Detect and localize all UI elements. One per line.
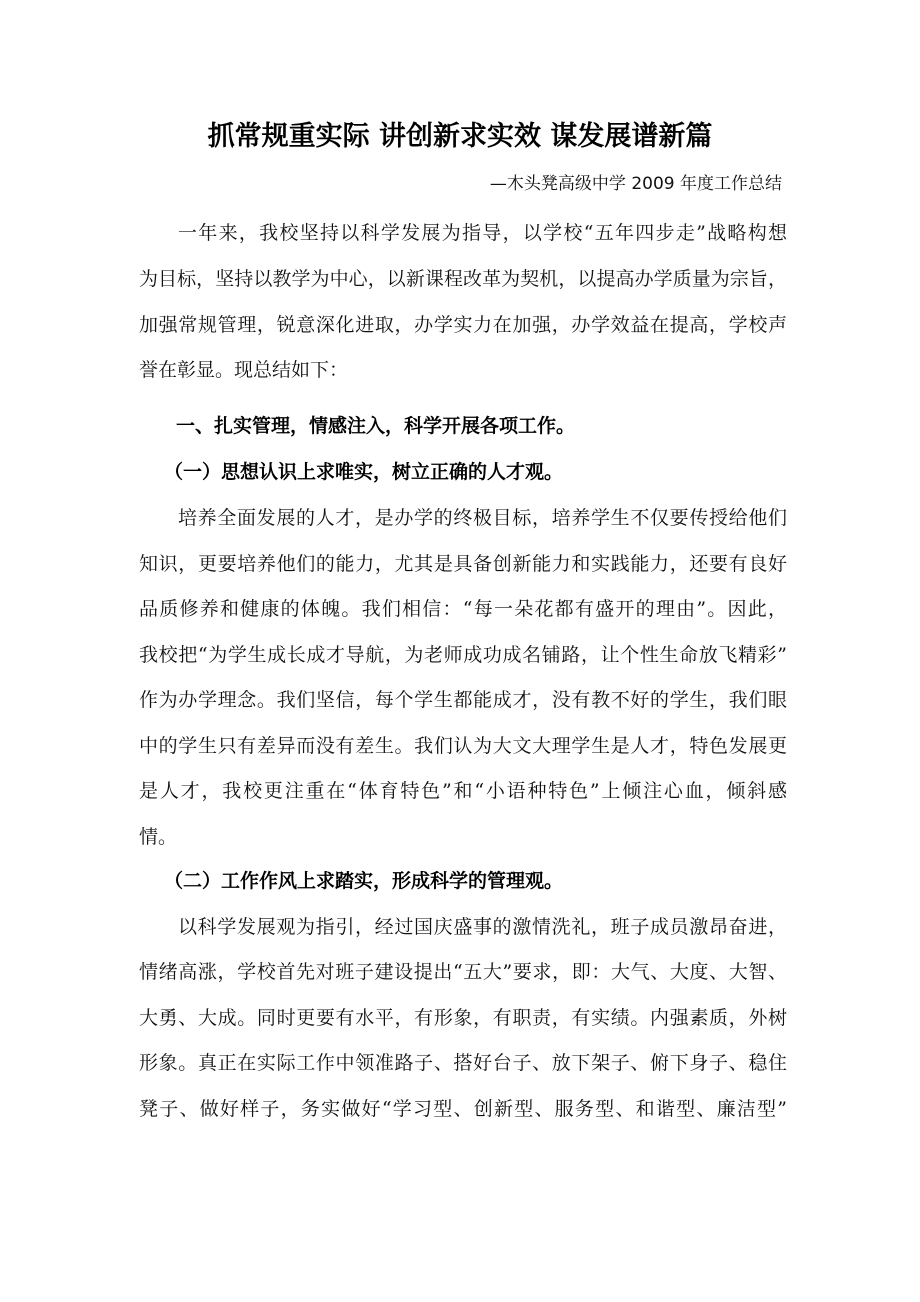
document-page: 抓常规重实际 讲创新求实效 谋发展谱新篇 —木头凳高级中学 2009 年度工作总… [0,0,920,1302]
paragraph-line: 以科学发展观为指引，经过国庆盛事的激情洗礼，班子成员激昂奋进， [178,914,787,940]
subsection-heading: （二）工作作风上求踏实，形成科学的管理观。 [164,868,563,894]
paragraph-line: 品质修养和健康的体魄。我们相信：“每一朵花都有盛开的理由”。因此， [139,596,787,622]
subsection-heading: （一）思想认识上求唯实，树立正确的人才观。 [164,459,563,485]
paragraph-line: 是人才，我校更注重在“体育特色”和“小语种特色”上倾注心血，倾斜感 [139,778,787,804]
paragraph-line: 形象。真正在实际工作中领准路子、搭好台子、放下架子、俯下身子、稳住 [139,1050,787,1076]
paragraph-line: 一年来，我校坚持以科学发展为指导，以学校“五年四步走”战略构想 [178,220,787,246]
paragraph-line: 中的学生只有差异而没有差生。我们认为大文大理学生是人才，特色发展更 [139,733,787,759]
paragraph-line: 大勇、大成。同时更要有水平，有形象，有职责，有实绩。内强素质，外树 [139,1005,787,1031]
paragraph-line: 凳子、做好样子，务实做好“学习型、创新型、服务型、和谐型、廉洁型” [139,1096,787,1122]
paragraph-line: 作为办学理念。我们坚信，每个学生都能成才，没有教不好的学生，我们眼 [139,687,787,713]
section-heading: 一、扎实管理，情感注入，科学开展各项工作。 [176,413,575,439]
paragraph-line: 情。 [139,824,787,850]
paragraph-line: 知识，更要培养他们的能力，尤其是具备创新能力和实践能力，还要有良好 [139,551,787,577]
document-subtitle: —木头凳高级中学 2009 年度工作总结 [490,171,782,197]
paragraph-line: 我校把“为学生成长成才导航，为老师成功成名铺路，让个性生命放飞精彩” [139,642,787,668]
paragraph-line: 为目标，坚持以教学为中心，以新课程改革为契机，以提高办学质量为宗旨， [139,266,787,292]
document-title: 抓常规重实际 讲创新求实效 谋发展谱新篇 [0,118,920,156]
paragraph-line: 誉在彰显。现总结如下： [139,357,787,383]
paragraph-line: 加强常规管理，锐意深化进取，办学实力在加强，办学效益在提高，学校声 [139,312,787,338]
paragraph-line: 情绪高涨，学校首先对班子建设提出“五大”要求，即：大气、大度、大智、 [139,959,787,985]
paragraph-line: 培养全面发展的人才，是办学的终极目标，培养学生不仅要传授给他们 [178,505,787,531]
